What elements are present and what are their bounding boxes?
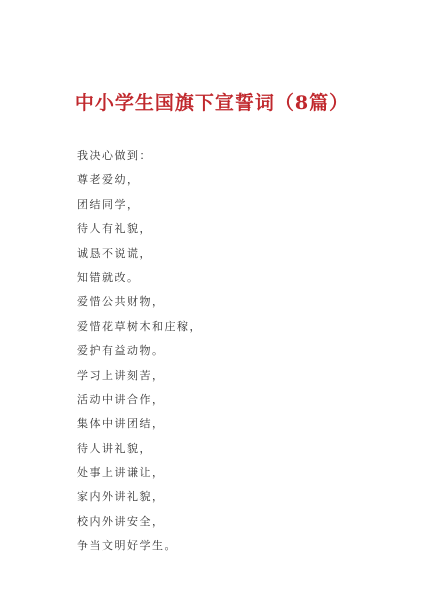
oath-line: 活动中讲合作， bbox=[77, 394, 202, 418]
oath-line: 集体中讲团结， bbox=[77, 418, 202, 442]
oath-line: 知错就改。 bbox=[77, 272, 202, 296]
oath-line: 待人讲礼貌， bbox=[77, 443, 202, 467]
oath-line: 待人有礼貌， bbox=[77, 223, 202, 247]
document-page: 中小学生国旗下宣誓词（8篇） 我决心做到： 尊老爱幼， 团结同学， 待人有礼貌，… bbox=[0, 0, 424, 600]
document-title: 中小学生国旗下宣誓词（8篇） bbox=[0, 91, 424, 115]
oath-line: 我决心做到： bbox=[77, 150, 202, 174]
oath-line: 学习上讲刻苦， bbox=[77, 370, 202, 394]
oath-line: 团结同学， bbox=[77, 199, 202, 223]
oath-line: 处事上讲谦让， bbox=[77, 467, 202, 491]
oath-line: 校内外讲安全， bbox=[77, 516, 202, 540]
oath-line: 爱惜公共财物， bbox=[77, 296, 202, 320]
oath-text: 我决心做到： 尊老爱幼， 团结同学， 待人有礼貌， 诚恳不说谎， 知错就改。 爱… bbox=[77, 150, 202, 565]
oath-line: 尊老爱幼， bbox=[77, 174, 202, 198]
oath-line: 爱护有益动物。 bbox=[77, 345, 202, 369]
oath-line: 家内外讲礼貌， bbox=[77, 491, 202, 515]
oath-line: 诚恳不说谎， bbox=[77, 248, 202, 272]
oath-line: 争当文明好学生。 bbox=[77, 540, 202, 564]
oath-line: 爱惜花草树木和庄稼， bbox=[77, 321, 202, 345]
